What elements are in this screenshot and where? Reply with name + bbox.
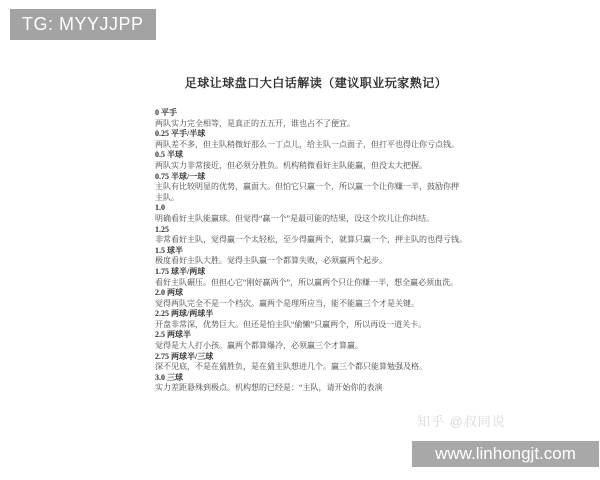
section-header: 0.25 平手/半球	[155, 129, 477, 140]
section-header: 1.25	[155, 225, 477, 236]
page-title: 足球让球盘口大白话解读（建议职业玩家熟记）	[155, 76, 477, 91]
handicap-section: 2.0 两球 觉得两队完全不是一个档次。赢两个是理所应当，能不能赢三个才是关键。	[155, 288, 477, 309]
section-desc: 非常看好主队，觉得赢一个太轻松，至少得赢两个，就算只赢一个，押主队的也得亏钱。	[155, 235, 477, 246]
section-header: 1.5 球半	[155, 246, 477, 257]
section-desc: 觉得是大人打小孩。赢两个都算爆冷，必须赢三个才算赢。	[155, 341, 477, 352]
section-header: 3.0 三球	[155, 373, 477, 384]
handicap-section: 0 平手 两队实力完全相等，是真正的五五开，谁也占不了便宜。	[155, 108, 477, 129]
handicap-section: 1.75 球半/两球 看好主队碾压。但担心它“刚好赢两个”，所以赢两个只让你赚一…	[155, 267, 477, 288]
handicap-section: 0.25 平手/半球 两队差不多，但主队稍微好那么一丁点儿，给主队一点面子，但打…	[155, 129, 477, 150]
handicap-section: 1.25 非常看好主队，觉得赢一个太轻松，至少得赢两个，就算只赢一个，押主队的也…	[155, 225, 477, 246]
section-desc: 觉得两队完全不是一个档次。赢两个是理所应当，能不能赢三个才是关键。	[155, 299, 477, 310]
handicap-section: 2.25 两球/两球半 开盘非常深，优势巨大。但还是怕主队“偷懒”只赢两个，所以…	[155, 309, 477, 330]
section-header: 0.5 半球	[155, 150, 477, 161]
handicap-section: 3.0 三球 实力差距悬殊到极点。机构想的已经是：“主队，请开始你的表演	[155, 373, 477, 394]
section-desc: 主队有比较明显的优势，赢面大。但怕它只赢一个，所以赢一个让你赚一半，鼓励你押 主…	[155, 182, 477, 203]
handicap-section: 2.5 两球半 觉得是大人打小孩。赢两个都算爆冷，必须赢三个才算赢。	[155, 330, 477, 351]
section-header: 0 平手	[155, 108, 477, 119]
handicap-section: 0.75 半球/一球 主队有比较明显的优势，赢面大。但怕它只赢一个，所以赢一个让…	[155, 172, 477, 204]
section-list: 0 平手 两队实力完全相等，是真正的五五开，谁也占不了便宜。 0.25 平手/半…	[155, 108, 477, 394]
section-desc: 开盘非常深，优势巨大。但还是怕主队“偷懒”只赢两个，所以再设一道关卡。	[155, 320, 477, 331]
website-banner: www.linhongjt.com	[412, 441, 599, 467]
section-desc: 实力差距悬殊到极点。机构想的已经是：“主队，请开始你的表演	[155, 383, 477, 394]
handicap-section: 1.5 球半 极度看好主队大胜。觉得主队赢一个都算失败，必须赢两个起步。	[155, 246, 477, 267]
document-body: 足球让球盘口大白话解读（建议职业玩家熟记） 0 平手 两队实力完全相等，是真正的…	[155, 76, 477, 394]
section-header: 1.0	[155, 203, 477, 214]
handicap-section: 2.75 两球半/三球 深不见底，不是在猜胜负，是在猜主队想进几个。赢三个都只能…	[155, 352, 477, 373]
handicap-section: 0.5 半球 两队实力非常接近，但必须分胜负。机构稍微看好主队能赢，但没太大把握…	[155, 150, 477, 171]
zhihu-watermark: 知乎 @叔同说	[417, 411, 506, 430]
section-header: 0.75 半球/一球	[155, 172, 477, 183]
section-desc: 两队实力非常接近，但必须分胜负。机构稍微看好主队能赢，但没太大把握。	[155, 161, 477, 172]
section-header: 2.5 两球半	[155, 330, 477, 341]
handicap-section: 1.0 明确看好主队能赢球。但觉得“赢一个”是最可能的结果，设这个坎儿让你纠结。	[155, 203, 477, 224]
telegram-badge: TG: MYYJJPP	[10, 9, 156, 40]
section-desc: 两队差不多，但主队稍微好那么一丁点儿，给主队一点面子，但打平也得让你亏点钱。	[155, 140, 477, 151]
section-desc: 明确看好主队能赢球。但觉得“赢一个”是最可能的结果，设这个坎儿让你纠结。	[155, 214, 477, 225]
section-desc: 极度看好主队大胜。觉得主队赢一个都算失败，必须赢两个起步。	[155, 256, 477, 267]
section-desc: 深不见底，不是在猜胜负，是在猜主队想进几个。赢三个都只能算勉强及格。	[155, 362, 477, 373]
section-header: 2.75 两球半/三球	[155, 352, 477, 363]
section-header: 2.0 两球	[155, 288, 477, 299]
section-desc: 看好主队碾压。但担心它“刚好赢两个”，所以赢两个只让你赚一半，想全赢必须血洗。	[155, 278, 477, 289]
section-header: 1.75 球半/两球	[155, 267, 477, 278]
section-desc: 两队实力完全相等，是真正的五五开，谁也占不了便宜。	[155, 119, 477, 130]
section-header: 2.25 两球/两球半	[155, 309, 477, 320]
